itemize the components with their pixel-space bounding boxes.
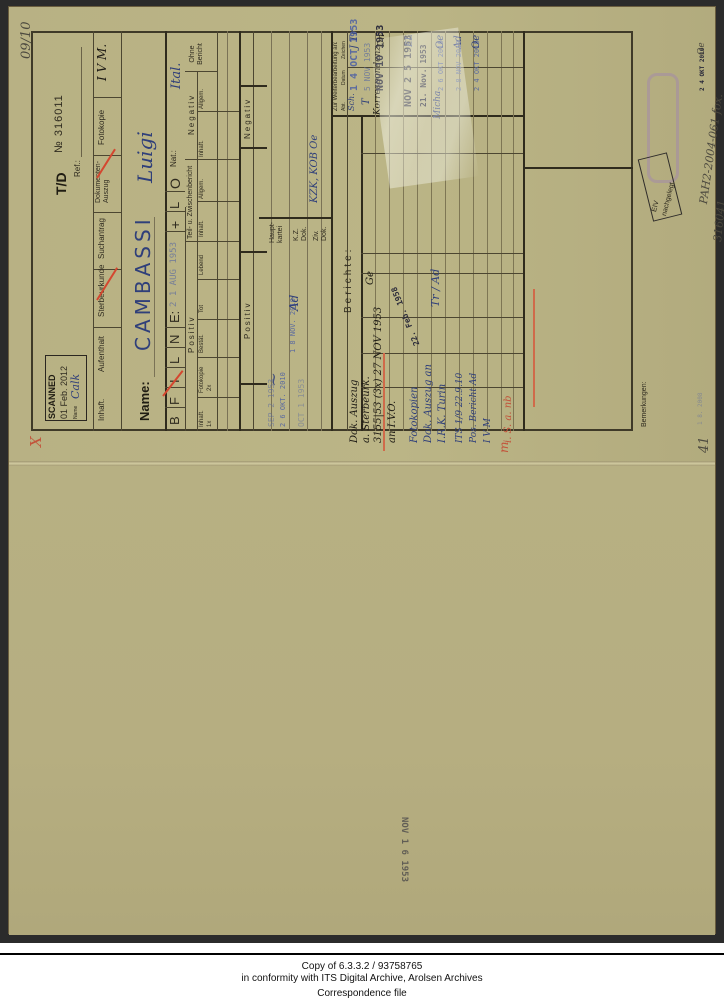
berichte-initials: Tr / Ad [429,269,442,307]
td-number: № 316011 [53,94,65,153]
divider [239,251,267,253]
footer-conformity: in conformity with ITS Digital Archive, … [0,973,724,985]
berichte-entry-1: a. Sterbeurk. [361,376,372,443]
kz-dok-label: K.Z. Dok. [293,217,309,241]
back-side-stamp: NOV 1 6 1953 [399,817,409,882]
divider [197,71,198,431]
number-symbol: № [53,140,65,153]
divider [347,31,348,431]
divider [289,31,290,431]
divider [165,407,185,408]
mid-stamp-oct: OCT 1 1953 [297,379,306,427]
divider [185,159,239,160]
positiv-col-inhaft: Inhaft. [199,410,205,427]
red-margin-mark-left: X [27,436,45,447]
plus-letter-l: L [167,202,182,209]
divider [487,31,488,431]
divider [197,201,239,202]
mid-negativ-label: Negativ [243,98,252,139]
divider [361,317,523,318]
negativ-col-inhaft: Inhaft. [199,140,205,157]
divider [165,211,185,212]
cat-letter-f: F [167,397,182,405]
berichte-entry-2: 3155|53 (3x) 27 NOV 1953 [373,307,384,443]
negativ-label: Negativ [187,94,196,135]
teil-label: Teil- u. Zwischenbericht [187,166,194,239]
ziv-dok-label: Ziv. Dok. [313,217,329,241]
divider [523,167,633,169]
divider [185,241,239,242]
divider [361,353,523,354]
red-margin-mark-middle: m [497,442,511,453]
hauptkartei-label: Haupt-kartei [269,213,285,243]
divider [217,31,218,431]
scanned-stamp-title: SCANNED [47,374,57,419]
mid-positiv-label: Positiv [243,301,252,339]
divider [185,71,217,72]
pencil-margin-mark: 41 [697,436,712,453]
teil-col-inhaft: Inhaft. [199,220,205,237]
berichte-entry-9: I V M [483,418,493,443]
berichte-entry-3: an I.V.O. [387,401,398,443]
divider [197,279,239,280]
divider [239,31,241,431]
positiv-col-tot: Tot [199,305,205,313]
cat-letter-n: N [167,335,182,344]
document-card: 09/10 Inhaft. Aufenthalt Sterbeurkunde S… [8,6,716,934]
vertical-ref-initials: Oe [697,42,707,55]
berichte-label: Berichte: [343,247,354,313]
ref-underline [81,47,82,157]
divider [165,347,185,348]
forwarding-label: Zur Weiterbearbeitung an: [333,41,339,111]
scanned-stamp-name-label: Name [73,406,79,419]
nationality-value: Ital. [169,63,184,89]
divider [165,191,185,192]
card-back-panel [9,465,715,935]
req-col-suchantrag: Suchantrag [97,218,106,259]
divider [239,147,267,149]
scanned-stamp-name: Calk [69,374,82,399]
plus-letter-o: O [167,178,183,189]
forwarding-col-datum: Datum [341,70,347,85]
positiv-value-fotokopie: 2x [207,385,213,391]
td-number-value: 316011 [53,94,65,136]
positiv-col-lebend: Lebend [199,255,205,275]
forwarding-col-zeichen: Zeichen [341,41,347,59]
nationality-label: Nat.: [169,150,178,167]
req-col-aufenthalt: Aufenthalt [97,336,106,372]
divider [227,31,228,431]
footer-copy-reference: Copy of 6.3.3.2 / 93758765 [0,961,724,973]
positiv-label: Positiv [187,315,196,353]
category-date-stamp: 2 1 AUG 1953 [169,242,179,307]
divider [165,231,185,232]
divider [253,31,254,431]
negativ-col-allgem: Allgem. [199,89,205,109]
scan-background: 09/10 Inhaft. Aufenthalt Sterbeurkunde S… [0,0,724,943]
divider [197,397,239,398]
berichte-entry-0: Dok. Auszug [349,380,360,443]
bemerkungen-label: Bemerkungen: [641,381,648,427]
berichte-entry-10: i. S. a. nb [503,395,514,443]
mid-kzk-kob: KZK, KOB Oe [309,135,320,203]
berichte-entry-6: I.R.K. Turin [437,384,448,443]
td-label: T/D [53,172,69,195]
divider [239,85,267,87]
divider [197,111,239,112]
positiv-col-bestaet: Bestät. [199,334,205,353]
divider [93,212,121,213]
divider [165,367,185,368]
fwd-zeichen-7: Oe [471,35,482,49]
cat-letter-b: B [167,416,182,425]
archive-footer: Copy of 6.3.3.2 / 93758765 in conformity… [0,953,724,1000]
divider [523,31,525,431]
red-margin-line [533,289,535,407]
divider [513,31,514,431]
name-label: Name: [137,381,152,421]
cat-letter-e: E: [167,311,182,323]
ohne-bericht-label: Ohne Bericht [189,39,205,69]
fwd-abt-1: T [361,98,372,105]
fotokopie-value: I V M. [95,44,109,81]
bemerkungen-stamp: 1 8. 2008 [697,392,704,425]
scanned-stamp-date: 01 Feb. 2012 [59,366,69,419]
divider [93,97,121,98]
plus-mark: + [167,221,183,229]
mid-signature: ~ [263,372,284,387]
fwd-zeichen-0: J Tr [349,30,360,49]
divider [121,31,122,431]
berichte-entry-5: Dok. Auszug an [423,364,434,443]
divider [361,253,523,254]
divider [197,357,239,358]
req-col-inhaft: Inhaft. [97,399,106,421]
berichte-entry-8: Pos. Bericht Ad [469,373,479,443]
surname: CAMBASSI [131,215,155,351]
mid-initials-ad: Ad [287,295,301,311]
berichte-ge-mark: Ge [365,271,376,285]
berichte-entry-7: ITS 1/9 22.9.10 [455,373,465,443]
divider [473,31,474,431]
divider [165,327,185,328]
positiv-value-inhaft: 1x [207,421,213,427]
teil-col-allgem: Allgem. [199,179,205,199]
cat-letter-l: L [167,357,182,364]
divider [93,31,94,431]
divider [93,327,121,328]
ref-label: Ref.: [73,160,82,177]
positiv-col-fotokopie: Fotokopie [199,367,205,393]
fwd-abt-0: Sch. [347,93,356,111]
footer-file-type: Correspondence file [0,988,724,1000]
req-col-dokumenten-auszug: Dokumenten-Auszug [95,155,111,203]
card-fold [9,461,715,466]
divider [197,319,239,320]
req-col-fotokopie: Fotokopie [97,110,106,145]
divider [361,273,523,274]
berichte-entry-4: Fotokopien [409,387,420,444]
divider [501,31,502,431]
given-name: Luigi [133,131,157,183]
